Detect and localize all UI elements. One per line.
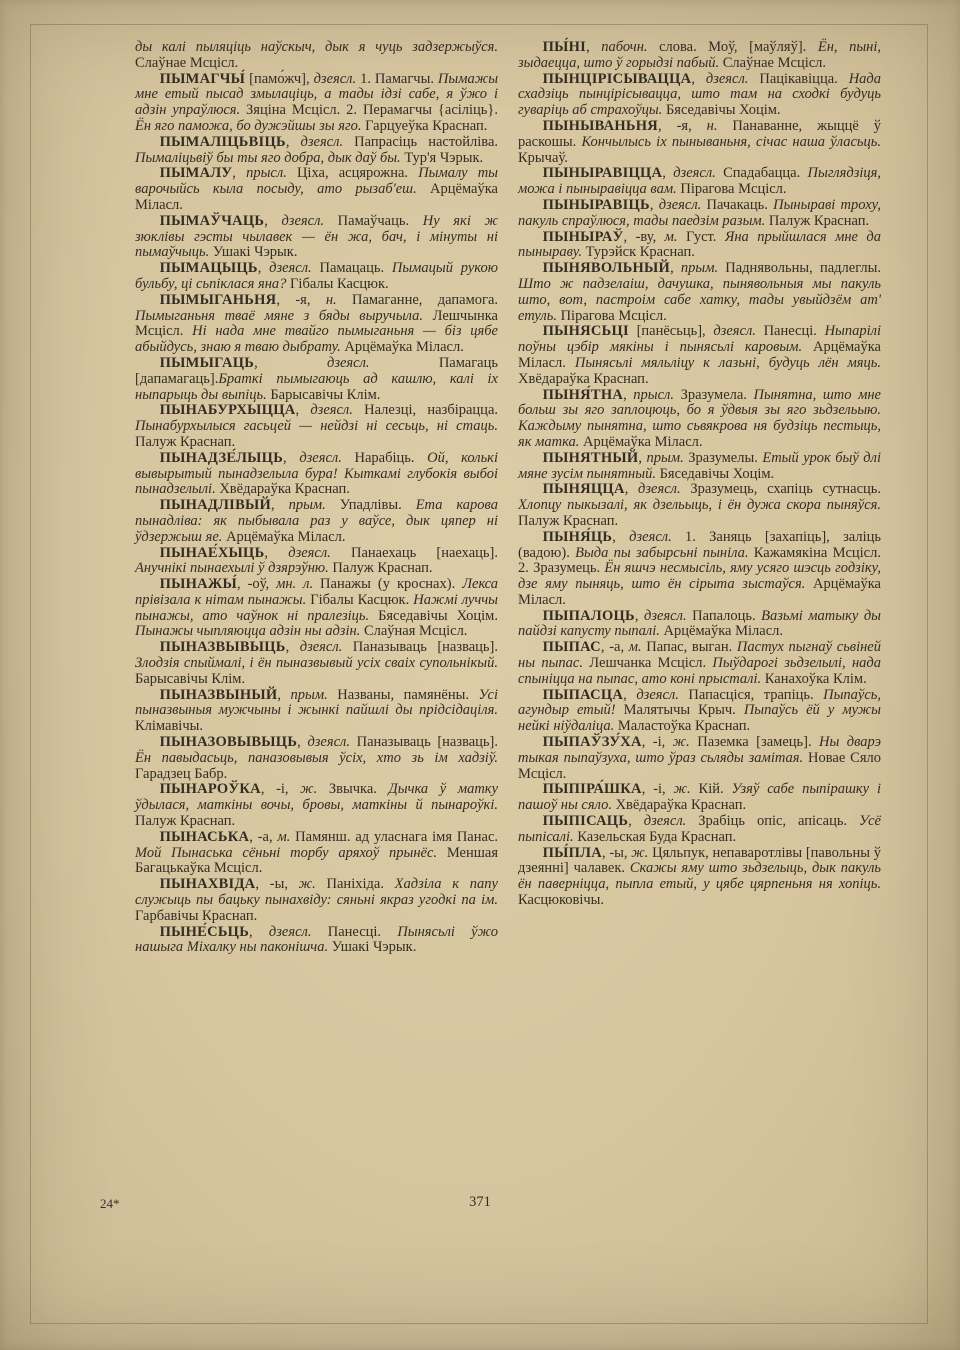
dictionary-page: ды калі пыляціць наўскыч, дык я чуць зад… [0,0,960,1350]
dictionary-entry: ды калі пыляціць наўскыч, дык я чуць зад… [135,40,498,72]
entry-headword: ПЫ́ПЛА [543,845,602,861]
entry-text: Гібалы Касцюк. [310,592,413,608]
entry-headword: ПЫНЕ́СЬЦЬ [160,924,249,940]
entry-text: , -ы, [255,876,298,892]
entry-headword: ПЫМАЛІЦЬВІЦЬ [160,134,286,150]
entry-example: прысл. [633,387,674,403]
entry-text: Паземка [замець]. [690,734,819,750]
entry-example: ж. [300,781,317,797]
entry-text: Паніхіда. [316,876,395,892]
entry-text: Клімавічы. [135,718,203,734]
entry-text: Слаўнае Мсцісл. [723,55,826,71]
dictionary-entry: ПЫНАЗВЫВЫЦЬ, дзеясл. Паназываць [назваць… [135,640,498,687]
entry-text: , [271,497,289,513]
entry-text: , [628,813,644,829]
dictionary-entry: ПЫПІСАЦЬ, дзеясл. Зрабіць опіс, апісаць.… [518,814,881,846]
entry-text: Ціха, асцярожна. [287,165,418,181]
entry-text: Упадлівы. [326,497,416,513]
entry-headword: ПЫНАДЛІВЫЙ [160,497,271,513]
entry-text: Кій. [691,781,732,797]
entry-text: [панёсьць], [629,323,713,339]
entry-example: дзеясл. [706,71,749,87]
entry-text: , [662,165,673,181]
entry-headword: ПЫНЯЦЦА [543,481,625,497]
entry-example: дзеясл. [644,608,687,624]
entry-example: ж. [299,876,316,892]
entry-headword: ПЫПАЎЗУ́ХА [543,734,642,750]
entry-text: Канахоўка Клім. [765,671,867,687]
entry-example: Пынабурхылыся гасьцей — нейдзі ні сесьць… [135,418,498,434]
entry-example: Пымаліцьвіў бы ты яго добра, дык даў бы. [135,150,404,166]
entry-headword: ПЫМЫГАНЬНЯ [160,292,277,308]
entry-headword: ПЫНАЗВЫВЫЦЬ [160,639,286,655]
entry-example: н. [326,292,337,308]
entry-text: , [295,402,310,418]
entry-text: Бяседавічы Хоцім. [378,608,498,624]
entry-text: Слаўнае Мсцісл. [135,55,238,71]
entry-headword: ПЫНЫВАНЬНЯ [543,118,658,134]
entry-text: Паднявольны, падлеглы. [718,260,881,276]
dictionary-entry: ПЫМАЦЫЦЬ, дзеясл. Памацаць. Пымацый руко… [135,261,498,293]
entry-example: Пымыганьня тваё мяне з бяды выручыла. [135,308,433,324]
entry-text: Гібалы Касцюк. [290,276,389,292]
entry-text: , -ву, [624,229,665,245]
entry-text: Арцёмаўка Міласл. [226,529,345,545]
entry-headword: ПЫНАРОЎКА [160,781,261,797]
entry-example: дзеясл. [269,260,312,276]
entry-example: дзеясл. [327,355,370,371]
entry-text: Гарбавічы Краснап. [135,908,257,924]
dictionary-entry: ПЫНЯ́ЦЬ, дзеясл. 1. Заняць [захапіць], з… [518,530,881,609]
dictionary-entry: ПЫНЕ́СЬЦЬ, дзеясл. Панесці. Пынясьлі ўжо… [135,925,498,957]
entry-text: Спадабацца. [716,165,808,181]
entry-example: мн. л. [276,576,313,592]
dictionary-entry: ПЫНЦІРІСЫВАЦЦА, дзеясл. Пацікавіцца. Над… [518,72,881,119]
entry-text: [памо́жч], [245,71,313,87]
entry-text: Нарабіць. [342,450,427,466]
entry-example: дзеясл. [673,165,716,181]
dictionary-entry: ПЫНЯТНЫЙ, прым. Зразумелы. Етый урок быў… [518,451,881,483]
entry-example: дзеясл. [300,639,343,655]
dictionary-entry: ПЫНЫРАЎ, -ву, м. Густ. Яна прыйшлася мне… [518,230,881,262]
entry-text: Пірагова Мсцісл. [680,181,786,197]
entry-text: , [650,197,659,213]
entry-text: Касцюковічы. [518,892,604,908]
dictionary-entry: ПЫМЫГАНЬНЯ, -я, н. Памаганне, дапамога. … [135,293,498,356]
entry-headword: ПЫМАЛУ [160,165,233,181]
entry-headword: ПЫНЫРАЎ [543,229,624,245]
entry-text: Панесці. [756,323,825,339]
entry-text: , [277,687,290,703]
entry-text: , -і, [261,781,300,797]
entry-headword: ПЫНАДЗЕ́ЛЫЦЬ [160,450,283,466]
entry-example: дзеясл. [659,197,702,213]
entry-example: Анучнікі пынаехылі ў дзярэўню. [135,560,332,576]
dictionary-entry: ПЫПАЎЗУ́ХА, -і, ж. Паземка [замець]. Ны … [518,735,881,782]
entry-text: Панаехаць [наехаць]. [331,545,498,561]
entry-text: Зразумець, схапіць сутнасць. [681,481,881,497]
dictionary-entry: ПЫНЯСЬЦІ [панёсьць], дзеясл. Панесці. Ны… [518,324,881,387]
entry-text: , -і, [642,781,674,797]
entry-text: , -і, [642,734,673,750]
entry-text: , [623,687,636,703]
entry-example: м. [277,829,290,845]
entry-text: Пірагова Мсцісл. [561,308,667,324]
dictionary-entry: ПЫМАЎЧАЦЬ, дзеясл. Памаўчаць. Ну які ж з… [135,214,498,261]
entry-headword: ПЫМАЦЫЦЬ [160,260,258,276]
dictionary-entry: ПЫНАСЬКА, -а, м. Памянш. ад уласнага імя… [135,830,498,877]
entry-text: слова. Моў, [маўляў]. [648,39,818,55]
dictionary-entry: ПЫНАРОЎКА, -і, ж. Звычка. Дычка ў матку … [135,782,498,829]
entry-text: Пацікавіцца. [748,71,848,87]
entry-text: Слаўная Мсцісл. [364,623,468,639]
entry-text: Панесці. [311,924,397,940]
entry-example: дзеясл. [281,213,324,229]
entry-text: , -я, [658,118,707,134]
entry-headword: ПЫМЫГАЦЬ [160,355,254,371]
entry-example: м. [629,639,642,655]
entry-example: ж. [674,781,691,797]
entry-text: Барысавічы Клім. [270,387,380,403]
dictionary-entry: ПЫНЯЦЦА, дзеясл. Зразумець, схапіць сутн… [518,482,881,529]
entry-text: Палуж Краснап. [518,513,618,529]
entry-text: , [258,260,269,276]
dictionary-entry: ПЫМАЛУ, прысл. Ціха, асцярожна. Пымалу т… [135,166,498,213]
entry-text: , [232,165,246,181]
left-column: ды калі пыляціць наўскыч, дык я чуць зад… [135,40,498,956]
entry-text: Густ. [678,229,725,245]
entry-example: дзеясл. [713,323,756,339]
entry-example: Мой Пынаська сёньні торбу аряхоў прынёс. [135,845,447,861]
entry-text: Гарадзец Бабр. [135,766,227,782]
entry-text: Хвёдараўка Краснап. [219,481,350,497]
entry-example: дзеясл. [307,734,350,750]
entry-example: прым. [647,450,684,466]
entry-text: , [286,639,300,655]
entry-headword: ПЫНАХВІДА [160,876,256,892]
entry-headword: ПЫНАЗОВЫВЫЦЬ [160,734,298,750]
entry-text: Арцёмаўка Міласл. [664,623,783,639]
entry-text: Памаганне, дапамога. [337,292,498,308]
entry-headword: ПЫНЯСЬЦІ [543,323,629,339]
dictionary-entry: ПЫНЫРАВІЦЬ, дзеясл. Пачакаць. Пыныраві т… [518,198,881,230]
entry-headword: ПЫНЫРАВІЦЬ [543,197,650,213]
entry-text: Хвёдараўка Краснап. [616,797,747,813]
entry-text: Панажы (у кроснах). [313,576,462,592]
entry-example: ж. [673,734,690,750]
entry-text: Памацаць. [312,260,392,276]
entry-text: , -ы, [602,845,631,861]
dictionary-entry: ПЫНЫРАВІЦЦА, дзеясл. Спадабацца. Пыглядз… [518,166,881,198]
entry-example: дзеясл. [310,402,353,418]
entry-headword: ПЫПАЛОЦЬ [543,608,635,624]
entry-text: , [586,39,601,55]
entry-text: Зразумелы. [684,450,763,466]
entry-example: Хлопцу пыкызалі, як дзельыць, і ён дужа … [518,497,881,513]
entry-text: Гарцуеўка Краснап. [365,118,487,134]
entry-text: Налезці, назбірацца. [353,402,498,418]
entry-text: Турэйск Краснап. [586,244,695,260]
entry-text: Палуж Краснап. [135,434,235,450]
entry-text: , [638,450,646,466]
entry-text: Палуж Краснап. [332,560,432,576]
entry-text: Зразумела. [674,387,754,403]
entry-example: дзеясл. [629,529,672,545]
dictionary-entry: ПЫПАСЦА, дзеясл. Папасціся, трапіць. Пып… [518,688,881,735]
entry-example: Ён яго паможа, бо дужэйшы зы яго. [135,118,365,134]
entry-headword: ПЫНЦІРІСЫВАЦЦА [543,71,692,87]
entry-text: , [625,481,638,497]
entry-example: Выда пы забырсьні пыніла. [575,545,754,561]
entry-text: , [249,924,269,940]
entry-text: , -а, [601,639,629,655]
entry-text: Ушакі Чэрык. [213,244,298,260]
entry-text: , [612,529,629,545]
entry-headword: ПЫМАЎЧАЦЬ [160,213,265,229]
entry-text: , -я, [276,292,325,308]
page-content: ды калі пыляціць наўскыч, дык я чуць зад… [135,40,881,956]
entry-text: Арцёмаўка Міласл. [583,434,702,450]
entry-example: Пынясьлі мяльліцу к лазьні, будуць лён м… [575,355,881,371]
dictionary-entry: ПЫПАЛОЦЬ, дзеясл. Папалоць. Вазьмі матык… [518,609,881,641]
dictionary-entry: ПЫПАС, -а, м. Папас, выган. Пастух пыгна… [518,640,881,687]
entry-example: Злодзія спыймалі, і ён пыназвывый усіх с… [135,655,498,671]
entry-example: н. [707,118,718,134]
dictionary-entry: ПЫМАГЧЫ́ [памо́жч], дзеясл. 1. Памагчы. … [135,72,498,135]
entry-text: 1. Памагчы. [356,71,438,87]
entry-headword: ПЫНЯ́ТНА [543,387,623,403]
page-number: 371 [0,1194,960,1211]
dictionary-entry: ПЫНЯ́ТНА, прысл. Зразумела. Пынятна, што… [518,388,881,451]
entry-text: Крычаў. [518,150,568,166]
entry-example: Кончылысь іх пынываньня, січас наша ўлас… [581,134,881,150]
dictionary-entry: ПЫНЯВОЛЬНЫЙ, прым. Паднявольны, падлеглы… [518,261,881,324]
entry-headword: ПЫНЯТНЫЙ [543,450,639,466]
entry-text: , [691,71,706,87]
entry-text: Паназываць [назваць]. [350,734,498,750]
dictionary-entry: ПЫНАЖЫ́, -оў, мн. л. Панажы (у кроснах).… [135,577,498,640]
entry-text: , [635,608,644,624]
entry-example: Ён павыдасьць, паназовывыя ўсіх, хто зь … [135,750,498,766]
entry-headword: ПЫНАЕ́ХЫЦЬ [160,545,265,561]
entry-example: прым. [291,687,328,703]
dictionary-entry: ПЫНАБУРХЫЦЦА, дзеясл. Налезці, назбірацц… [135,403,498,450]
entry-headword: ПЫПІСАЦЬ [543,813,629,829]
entry-text: , [283,450,299,466]
entry-text: Папалоць. [687,608,762,624]
dictionary-entry: ПЫПІРА́ШКА, -і, ж. Кій. Узяў сабе пыпіра… [518,782,881,814]
entry-example: Пынажы чыпляюцца адзін ны адзін. [135,623,364,639]
entry-text: Названы, памянёны. [328,687,479,703]
right-column: ПЫ́НІ, пабочн. слова. Моў, [маўляў]. Ён,… [518,40,881,956]
entry-headword: ПЫПАС [543,639,601,655]
entry-text: Маластоўка Краснап. [618,718,750,734]
entry-text: , [254,355,327,371]
entry-text: Казельская Буда Краснап. [577,829,736,845]
dictionary-entry: ПЫНАЕ́ХЫЦЬ, дзеясл. Панаехаць [наехаць].… [135,546,498,578]
entry-example: м. [665,229,678,245]
entry-example: ды калі пыляціць наўскыч, дык я чуць зад… [135,39,498,55]
dictionary-entry: ПЫНАЗОВЫВЫЦЬ, дзеясл. Паназываць [назвац… [135,735,498,782]
entry-text: Памаўчаць. [324,213,423,229]
entry-text: Хвёдараўка Краснап. [518,371,649,387]
entry-text: Паназываць [назваць]. [342,639,498,655]
dictionary-entry: ПЫ́ПЛА, -ы, ж. Цяльпук, непаваротлівы [п… [518,846,881,909]
entry-text: Ушакі Чэрык. [332,939,417,955]
entry-example: дзеясл. [636,687,679,703]
entry-example: дзеясл. [638,481,681,497]
entry-headword: ПЫНЯВОЛЬНЫЙ [543,260,670,276]
dictionary-entry: ПЫНАДЗЕ́ЛЫЦЬ, дзеясл. Нарабіць. Ой, коль… [135,451,498,498]
entry-example: прым. [289,497,326,513]
dictionary-entry: ПЫ́НІ, пабочн. слова. Моў, [маўляў]. Ён,… [518,40,881,72]
entry-text: Папас, выган. [642,639,737,655]
entry-text: Папасціся, трапіць. [679,687,823,703]
entry-example: ж. [631,845,648,861]
entry-text: , [623,387,633,403]
entry-text: Бяседавічы Хоцім. [660,466,775,482]
dictionary-entry: ПЫНАХВІДА, -ы, ж. Паніхіда. Хадзіла к па… [135,877,498,924]
entry-text: Лешчанка Мсцісл. [589,655,712,671]
entry-text: Пачакаць. [701,197,773,213]
dictionary-entry: ПЫМАЛІЦЬВІЦЬ, дзеясл. Папрасіць настойлі… [135,135,498,167]
entry-headword: ПЫПІРА́ШКА [543,781,642,797]
entry-example: дзеясл. [299,450,342,466]
entry-text: Памянш. ад уласнага імя Панас. [290,829,498,845]
entry-example: дзеясл. [269,924,312,940]
entry-text: Бяседавічы Хоцім. [666,102,781,118]
entry-example: прым. [681,260,718,276]
entry-text: Папрасіць настойліва. [343,134,498,150]
entry-headword: ПЫНАБУРХЫЦЦА [160,402,296,418]
entry-text: , -оў, [237,576,276,592]
entry-headword: ПЫ́НІ [543,39,586,55]
entry-headword: ПЫНАЗВЫНЫЙ [160,687,278,703]
entry-text: , [264,213,281,229]
entry-text: Звычка. [317,781,388,797]
entry-text: , [670,260,681,276]
entry-text: , -а, [249,829,277,845]
entry-text: Тур'я Чэрык. [404,150,483,166]
entry-text: , [264,545,288,561]
entry-headword: ПЫПАСЦА [543,687,624,703]
entry-text: Малятычы Крыч. [624,702,744,718]
entry-headword: ПЫМАГЧЫ́ [160,71,246,87]
entry-text: , [297,734,307,750]
entry-text: Зяціна Мсцісл. 2. Перамагчы {асіліць}. [246,102,498,118]
entry-example: дзеясл. [314,71,357,87]
entry-text: Палуж Краснап. [135,813,235,829]
entry-example: прысл. [246,165,287,181]
dictionary-entry: ПЫНЫВАНЬНЯ, -я, н. Панаванне, жыццё ў ра… [518,119,881,166]
dictionary-entry: ПЫМЫГАЦЬ, дзеясл. Памагаць [дапамагаць].… [135,356,498,403]
entry-text: , [286,134,301,150]
dictionary-entry: ПЫНАЗВЫНЫЙ, прым. Названы, памянёны. Усі… [135,688,498,735]
entry-headword: ПЫНАЖЫ́ [160,576,237,592]
entry-headword: ПЫНАСЬКА [160,829,250,845]
entry-text: Барысавічы Клім. [135,671,245,687]
entry-headword: ПЫНЯ́ЦЬ [543,529,613,545]
entry-example: дзеясл. [644,813,687,829]
entry-example: дзеясл. [288,545,331,561]
entry-headword: ПЫНЫРАВІЦЦА [543,165,663,181]
entry-text: Зрабіць опіс, апісаць. [686,813,859,829]
entry-text: Палуж Краснап. [769,213,869,229]
entry-example: дзеясл. [301,134,344,150]
entry-example: пабочн. [601,39,647,55]
entry-text: Арцёмаўка Міласл. [344,339,463,355]
dictionary-entry: ПЫНАДЛІВЫЙ, прым. Упадлівы. Ета карова п… [135,498,498,545]
